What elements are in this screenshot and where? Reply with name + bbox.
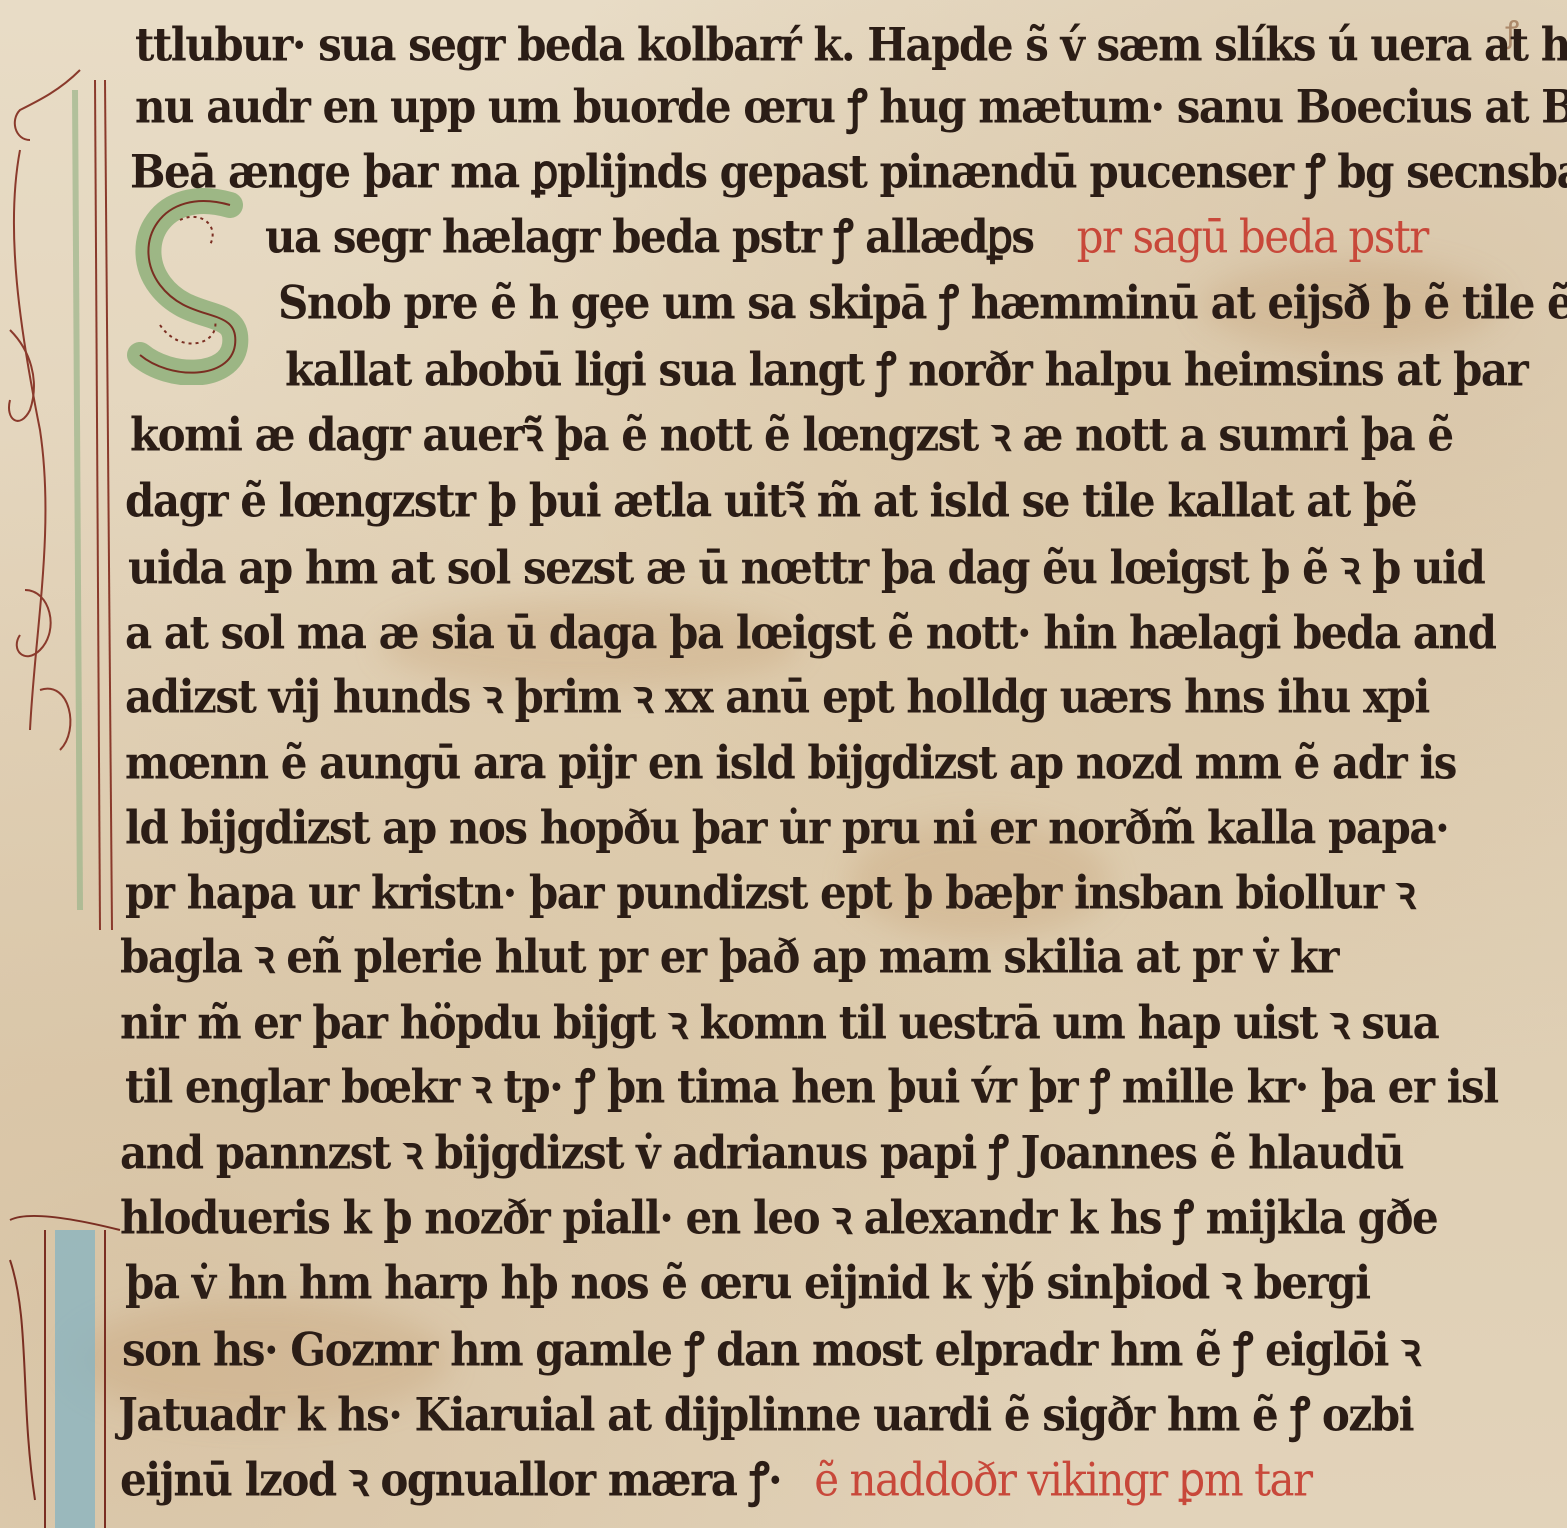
text-line: bagla ꝛ eñ plerie hlut pr er það ap mam … xyxy=(120,930,1338,985)
text-line: ld bijgdizst ap nos hopðu þar u̇r pru ni… xyxy=(125,801,1448,856)
text-line: Jatuadr k hs· Kiaruial at dijplinne uard… xyxy=(118,1388,1413,1443)
decorated-initial-s-icon xyxy=(120,185,270,385)
rubric-heading: ẽ naddoðr vikingr ꝑm tar xyxy=(814,1453,1311,1507)
text-line: kallat abobū ligi sua langt ꝭ norðr halp… xyxy=(285,343,1527,398)
text-line: til englar bœkr ꝛ tp· ꝭ þn tima hen þui … xyxy=(125,1060,1498,1115)
rubric-heading: pr sagū beda pstr xyxy=(1077,210,1428,264)
text-line: and pannzst ꝛ bijgdizst v̇ adrianus papi… xyxy=(120,1126,1403,1181)
text-line: komi æ dagr auerꝛ̃ þa ẽ nott ẽ lœngzst ꝛ… xyxy=(130,408,1453,463)
text-line: Snob pre ẽ h gȩe um sa skipā ꝭ hæmminū a… xyxy=(278,276,1567,331)
text-line: mœnn ẽ aungū ara pijr en isld bijgdizst … xyxy=(125,736,1456,791)
text-line: pr hapa ur kristn· þar pundizst ept þ bæ… xyxy=(125,866,1414,921)
text-line: son hs· Gozmr hm gamle ꝭ dan most elprad… xyxy=(122,1323,1419,1378)
text-line: Beā ænge þar ma ꝑplijnds gepast pinændū … xyxy=(130,145,1567,200)
text-line: þa v̇ hn hm harp hþ nos ẽ œru eijnid k ẏ… xyxy=(125,1256,1370,1311)
text-line: a at sol ma æ sia ū daga þa lœigst ẽ not… xyxy=(125,606,1495,661)
text-line: eijnū lzod ꝛ ognuallor mæra ꝭ· ẽ naddoðr… xyxy=(120,1453,1312,1508)
text-line-body: ua segr hælagr beda pstr ꝭ allædꝑs xyxy=(265,210,1034,264)
text-line: ua segr hælagr beda pstr ꝭ allædꝑs pr sa… xyxy=(265,210,1428,265)
text-line: dagr ẽ lœngzstr þ þui ætla uitꝛ̃ m̃ at i… xyxy=(125,474,1416,529)
text-line: nu audr en upp um buorde œru ꝭ hug mætum… xyxy=(135,80,1567,135)
text-line: adizst vij hunds ꝛ þrim ꝛ xx anū ept hol… xyxy=(125,670,1429,725)
text-line: ttlubur· sua segr beda kolbarŕ k. Hapde … xyxy=(135,18,1567,73)
decorated-initial-blue-icon xyxy=(0,1200,130,1528)
text-line-body: eijnū lzod ꝛ ognuallor mæra ꝭ· xyxy=(120,1453,781,1507)
text-line: uida ap hm at sol sezst æ ū nœttr þa dag… xyxy=(128,541,1484,596)
marginal-ornament-icon xyxy=(0,30,140,930)
text-line: hlodueris k þ nozðr piall· en leo ꝛ alex… xyxy=(120,1191,1437,1246)
text-line: nir m̃ er þar höpdu bijgt ꝛ komn til ues… xyxy=(120,996,1438,1051)
